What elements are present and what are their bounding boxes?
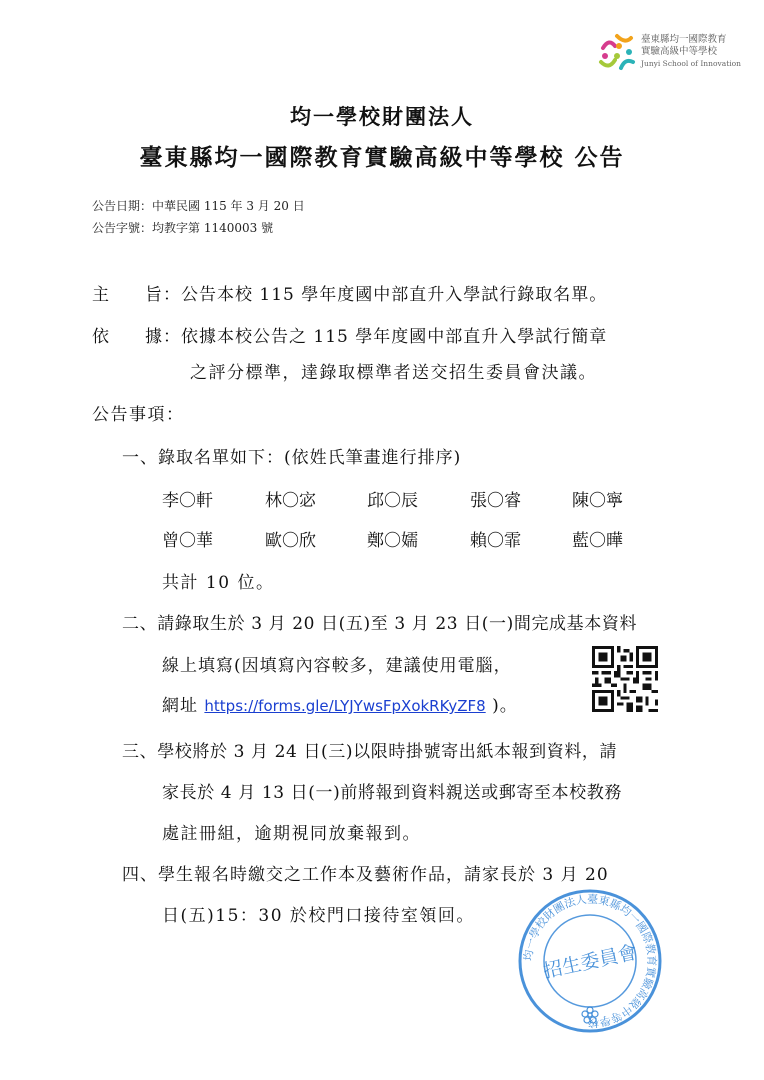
document-title-org: 均一學校財團法人: [0, 101, 764, 131]
basis-label-a: 依: [92, 322, 111, 347]
official-seal-stamp: 均一學校財團法人臺東縣均一國際教育實驗高級中等學校 招生委員會: [517, 888, 663, 1034]
subject-label-a: 主: [92, 280, 111, 305]
document-title-main: 臺東縣均一國際教育實驗高級中等學校 公告: [0, 139, 764, 172]
items-heading: 公告事項：: [92, 400, 185, 425]
subject-line: 旨：公告本校 115 學年度國中部直升入學試行錄取名單。: [145, 280, 607, 305]
item-3-line-3: 處註冊組，逾期視同放棄報到。: [162, 819, 421, 844]
admitted-name: 歐〇欣: [265, 526, 316, 551]
seal-inner-text: 招生委員會: [541, 941, 639, 982]
item-2-line-1: 二、請錄取生於 3 月 20 日(五)至 3 月 23 日(一)間完成基本資料: [122, 609, 637, 634]
admitted-name: 李〇軒: [162, 486, 213, 511]
item-4-line-2: 日(五)15：30 於校門口接待室領回。: [162, 901, 475, 926]
item-2-line-2: 線上填寫(因填寫內容較多，建議使用電腦，: [162, 651, 512, 676]
school-logo-text: 臺東縣均一國際教育 實驗高級中等學校 Junyi School of Innov…: [641, 34, 741, 70]
admitted-name: 曾〇華: [162, 526, 213, 551]
url-suffix: )。: [486, 696, 518, 716]
qr-code-icon: [592, 646, 658, 712]
item-3-line-2: 家長於 4 月 13 日(一)前將報到資料親送或郵寄至本校教務: [162, 778, 622, 803]
basis-text-2: 之評分標準，達錄取標準者送交招生委員會決議。: [190, 358, 597, 383]
basis-line-1: 據：依據本校公告之 115 學年度國中部直升入學試行簡章: [145, 322, 607, 347]
admitted-total: 共計 10 位。: [162, 568, 274, 593]
basis-label-b: 據：: [145, 327, 181, 347]
school-logo-icon: [597, 32, 637, 72]
item-2-line-3: 網址 https://forms.gle/LYJYwsFpXokRKyZF8 )…: [162, 691, 518, 716]
admitted-name: 藍〇曄: [572, 526, 623, 551]
item-1-text: 一、錄取名單如下：(依姓氏筆畫進行排序): [122, 443, 461, 468]
basis-text-1: 依據本校公告之 115 學年度國中部直升入學試行簡章: [181, 327, 607, 347]
seal-flower-icon: [582, 1007, 598, 1023]
url-prefix: 網址: [162, 696, 204, 716]
admitted-name: 林〇宓: [265, 486, 316, 511]
registration-form-link[interactable]: https://forms.gle/LYJYwsFpXokRKyZF8: [204, 697, 485, 715]
item-4-line-1: 四、學生報名時繳交之工作本及藝術作品，請家長於 3 月 20: [122, 860, 609, 885]
school-logo: 臺東縣均一國際教育 實驗高級中等學校 Junyi School of Innov…: [597, 32, 737, 76]
logo-line-2: 實驗高級中等學校: [641, 46, 741, 58]
admitted-name: 邱〇辰: [367, 486, 418, 511]
admitted-name: 鄭〇嬬: [367, 526, 418, 551]
admitted-name: 賴〇霏: [470, 526, 521, 551]
subject-text: 公告本校 115 學年度國中部直升入學試行錄取名單。: [181, 285, 607, 305]
admitted-name: 張〇睿: [470, 486, 521, 511]
logo-line-3: Junyi School of Innovation: [641, 58, 741, 70]
item-3-line-1: 三、學校將於 3 月 24 日(三)以限時掛號寄出紙本報到資料，請: [122, 737, 617, 762]
announcement-date: 公告日期：中華民國 115 年 3 月 20 日: [92, 197, 305, 214]
logo-line-1: 臺東縣均一國際教育: [641, 34, 741, 46]
admitted-name: 陳〇寧: [572, 486, 623, 511]
announcement-ref-no: 公告字號：均教字第 1140003 號: [92, 219, 273, 236]
subject-label-b: 旨：: [145, 285, 181, 305]
